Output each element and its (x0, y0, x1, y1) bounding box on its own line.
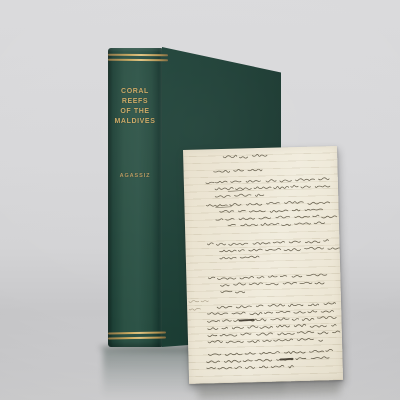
handwriting-svg (183, 146, 343, 384)
spine-title: CORAL REEFS OF THE MALDIVES (108, 87, 162, 127)
manuscript-page (183, 146, 343, 384)
gilt-fillet-head-lower (108, 58, 168, 60)
spine-title-line: CORAL (108, 87, 162, 97)
spine-title-line: OF THE (108, 107, 162, 117)
gilt-fillet-tail-lower (108, 336, 166, 339)
spine-author: AGASSIZ (108, 173, 162, 179)
book-product-photo: CORAL REEFS OF THE MALDIVES AGASSIZ (0, 0, 400, 400)
spine-title-line: REEFS (108, 97, 162, 107)
spine-title-line: MALDIVES (108, 117, 162, 127)
